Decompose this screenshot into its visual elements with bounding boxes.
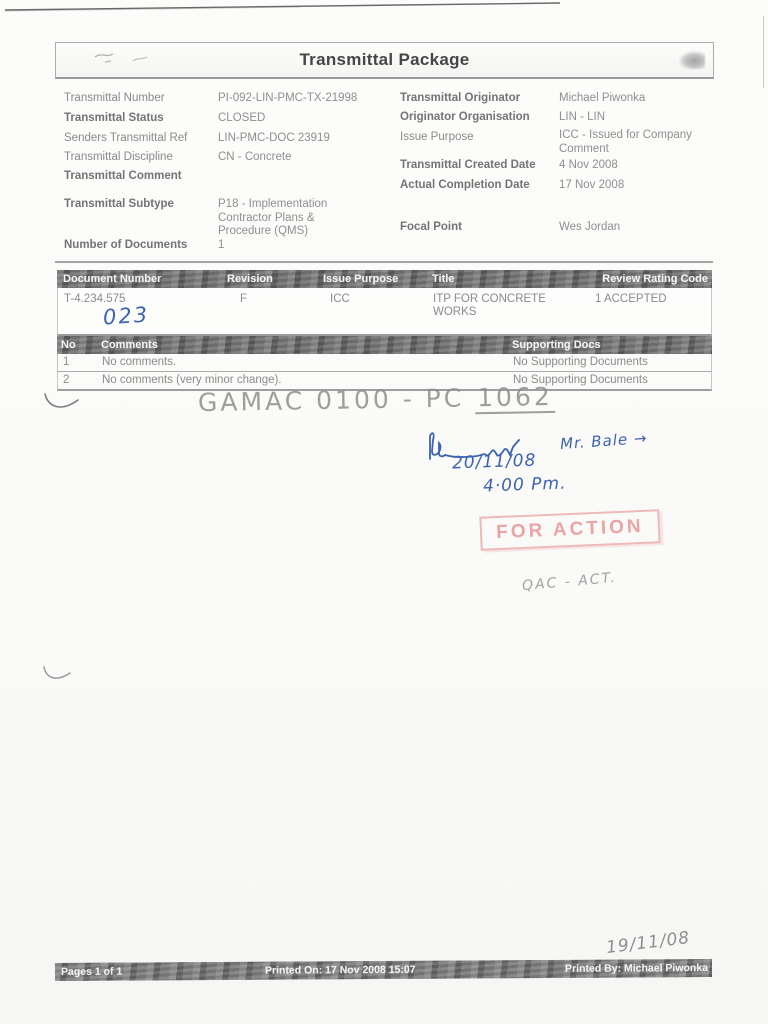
footer-printed-on: Printed On: 17 Nov 2008 15:07 — [265, 964, 416, 977]
row-number-cell: 2 — [63, 374, 69, 387]
scan-artifact-line — [0, 0, 768, 20]
field-label: Transmittal Number — [64, 92, 165, 104]
comment-cell: No comments. — [102, 356, 176, 369]
title-bar: Transmittal Package — [55, 42, 714, 79]
field-value: 4 Nov 2008 — [559, 159, 618, 173]
field-label: Transmittal Created Date — [400, 159, 536, 171]
handwritten-qac-note: QAC - ACT. — [521, 570, 617, 594]
field-label: Transmittal Subtype — [64, 198, 174, 210]
footer-printed-by: Printed By: Michael Piwonka — [565, 962, 708, 975]
stamp-smudge-icon — [679, 51, 705, 69]
field-value: PI-092-LIN-PMC-TX-21998 — [218, 92, 357, 106]
handwritten-time: 4·00 Pm. — [483, 474, 567, 497]
field-label: Focal Point — [400, 221, 462, 233]
documents-table: Document Number Revision Issue Purpose T… — [57, 270, 712, 336]
field-label: Issue Purpose — [400, 131, 474, 143]
field-value: 17 Nov 2008 — [559, 179, 624, 193]
revision-cell: F — [240, 293, 247, 306]
scanned-transmittal-document: Transmittal Package Transmittal Number P… — [0, 0, 768, 1024]
column-header: Review Rating Code — [602, 273, 708, 285]
comments-table: No Comments Supporting Docs 1 No comment… — [57, 336, 712, 391]
table-row: 1 No comments. No Supporting Documents — [57, 354, 712, 372]
field-value: ICC - Issued for Company Comment — [559, 129, 711, 156]
field-value: 1 — [218, 239, 224, 253]
footer-pages: Pages 1 of 1 — [61, 966, 122, 978]
field-label: Senders Transmittal Ref — [64, 132, 187, 144]
documents-table-header: Document Number Revision Issue Purpose T… — [57, 270, 712, 288]
stamp-text: FOR ACTION — [496, 516, 644, 544]
comment-cell: No comments (very minor change). — [102, 374, 282, 387]
field-label: Transmittal Originator — [400, 92, 520, 104]
handwritten-reference: GAMAC 0100 - PC 1062 — [198, 382, 555, 417]
field-value: LIN-PMC-DOC 23919 — [218, 132, 330, 146]
field-value: P18 - Implementation Contractor Plans & … — [218, 198, 350, 239]
column-header: Document Number — [63, 273, 161, 285]
column-header: Title — [432, 273, 454, 285]
field-label: Number of Documents — [64, 239, 187, 251]
field-value: Michael Piwonka — [559, 92, 645, 106]
handwritten-addressee: Mr. Bale → — [559, 429, 648, 453]
for-action-stamp: FOR ACTION — [479, 509, 660, 551]
field-label: Actual Completion Date — [400, 179, 530, 191]
issue-purpose-cell: ICC — [330, 293, 350, 306]
pencil-scribble-mark — [91, 49, 161, 67]
column-header: Supporting Docs — [512, 339, 601, 351]
column-header: No — [61, 339, 76, 351]
page-title: Transmittal Package — [299, 50, 469, 70]
field-value: CLOSED — [218, 112, 265, 126]
field-label: Originator Organisation — [400, 111, 530, 123]
column-header: Revision — [227, 273, 273, 285]
field-label: Transmittal Status — [64, 112, 164, 124]
field-value: Wes Jordan — [559, 221, 620, 235]
handwritten-date: 20/11/08 — [452, 451, 537, 474]
row-number-cell: 1 — [63, 356, 69, 369]
review-rating-cell: 1 ACCEPTED — [595, 293, 667, 306]
field-label: Transmittal Comment — [64, 170, 182, 182]
comments-table-header: No Comments Supporting Docs — [57, 336, 712, 354]
pen-curve-mark — [42, 390, 84, 418]
reference-text: GAMAC 0100 - PC — [198, 383, 465, 417]
field-value: LIN - LIN — [559, 111, 605, 125]
page-edge-artifact — [763, 16, 764, 88]
footer-bar: Pages 1 of 1 Printed On: 17 Nov 2008 15:… — [55, 959, 712, 981]
reference-number: 1062 — [475, 382, 555, 414]
handwritten-footer-date: 19/11/08 — [605, 928, 691, 958]
supporting-docs-cell: No Supporting Documents — [513, 356, 648, 369]
column-header: Comments — [101, 339, 158, 351]
field-value: CN - Concrete — [218, 151, 292, 165]
field-label: Transmittal Discipline — [64, 151, 173, 163]
handwritten-revision-note: 023 — [102, 302, 150, 329]
title-cell: ITP FOR CONCRETE WORKS — [433, 293, 563, 319]
table-row: T-4.234.575 F ICC ITP FOR CONCRETE WORKS… — [57, 288, 712, 336]
column-header: Issue Purpose — [323, 273, 398, 285]
section-divider — [55, 261, 713, 263]
pen-curve-mark — [40, 662, 76, 688]
